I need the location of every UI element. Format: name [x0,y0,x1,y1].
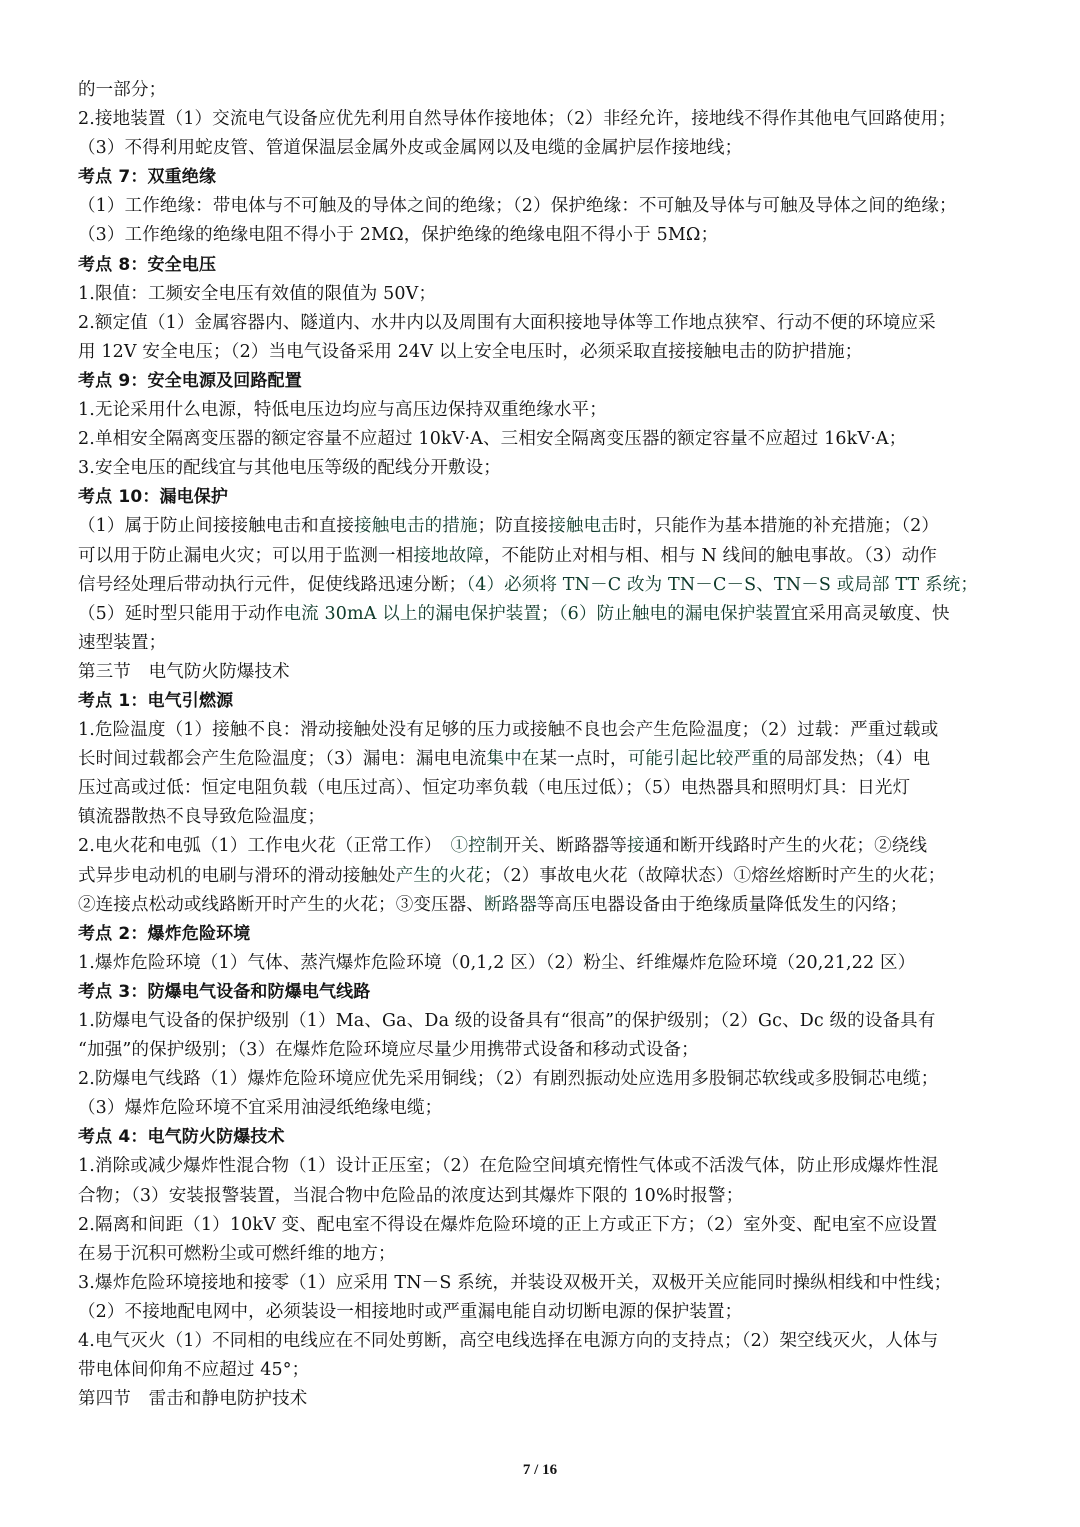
text-run: 产生的火花 [396,866,484,886]
text-line: 式异步电动机的电刷与滑环的滑动接触处产生的火花；（2）事故电火花（故障状态）①熔… [78,862,1008,891]
text-line: （1）属于防止间接接触电击和直接接触电击的措施；防直接接触电击时，只能作为基本措… [78,512,1008,541]
text-line: 3.安全电压的配线宜与其他电压等级的配线分开敷设； [78,454,1008,483]
text-run: 可以用于防止漏电火灾；可以用于监测一相 [78,546,413,566]
text-run: 考点 4：电气防火防爆技术 [78,1127,285,1147]
text-run: （1）工作绝缘：带电体与不可触及的导体之间的绝缘；（2）保护绝缘：不可触及导体与… [78,196,957,216]
text-run: （2）不接地配电网中，必须装设一相接地时或严重漏电能自动切断电源的保护装置； [78,1302,742,1322]
text-line: （3）爆炸危险环境不宜采用油浸纸绝缘电缆； [78,1094,1008,1123]
section-heading: 考点 7：双重绝缘 [78,163,1008,192]
text-line: 1.无论采用什么电源，特低电压边均应与高压边保持双重绝缘水平； [78,396,1008,425]
text-line: 2.额定值（1）金属容器内、隧道内、水井内以及周围有大面积接地导体等工作地点狭窄… [78,309,1008,338]
text-run: （3）不得利用蛇皮管、管道保温层金属外皮或金属网以及电缆的金属护层作接地线； [78,138,742,158]
text-run: 压过高或过低：恒定电阻负载（电压过高）、恒定功率负载（电压过低）；（5）电热器具… [78,778,910,798]
text-run: 镇流器散热不良导致危险温度； [78,807,325,827]
text-line: 4.电气灭火（1）不同相的电线应在不同处剪断，高空电线选择在电源方向的支持点；（… [78,1327,1008,1356]
text-run: 1.无论采用什么电源，特低电压边均应与高压边保持双重绝缘水平； [78,400,607,420]
section-heading: 考点 2：爆炸危险环境 [78,920,1008,949]
text-run: ，不能防止对相与相、相与 N 线间的触电事故。（3）动作 [484,546,937,566]
text-run: 接地故障 [413,546,484,566]
text-line: 1.防爆电气设备的保护级别（1）Ma、Ga、Da 级的设备具有“很高”的保护级别… [78,1007,1008,1036]
text-run: （3）工作绝缘的绝缘电阻不得小于 2MΩ，保护绝缘的绝缘电阻不得小于 5MΩ； [78,225,718,245]
text-line: 1.限值：工频安全电压有效值的限值为 50V； [78,280,1008,309]
text-run: 1.防爆电气设备的保护级别（1）Ma、Ga、Da 级的设备具有“很高”的保护级别… [78,1011,935,1031]
text-run: （3）爆炸危险环境不宜采用油浸纸绝缘电缆； [78,1098,442,1118]
text-run: 长时间过载都会产生危险温度；（3）漏电：漏电电流 [78,749,486,769]
text-run: 1.限值：工频安全电压有效值的限值为 50V； [78,284,436,304]
text-run: （1）属于防止间接接触电击和直接 [78,516,354,536]
text-line: 用 12V 安全电压；（2）当电气设备采用 24V 以上安全电压时，必须采取直接… [78,338,1008,367]
text-line: 3.爆炸危险环境接地和接零（1）应采用 TN－S 系统，并装设双极开关，双极开关… [78,1269,1008,1298]
text-run: ；（2）事故电火花（故障状态）①熔丝熔断时产生的火花； [484,866,945,886]
text-line: 2.电火花和电弧（1）工作电火花（正常工作） ①控制开关、断路器等接通和断开线路… [78,832,1008,861]
text-run: 等高压电器设备由于绝缘质量降低发生的闪络； [537,895,908,915]
section-heading: 考点 3：防爆电气设备和防爆电气线路 [78,978,1008,1007]
text-line: 1.爆炸危险环境（1）气体、蒸汽爆炸危险环境（0,1,2 区）（2）粉尘、纤维爆… [78,949,1008,978]
text-run: 带电体间仰角不应超过 45°； [78,1360,309,1380]
text-run: 时，只能作为基本措施的补充措施；（2） [619,516,939,536]
text-line: （3）不得利用蛇皮管、管道保温层金属外皮或金属网以及电缆的金属护层作接地线； [78,134,1008,163]
text-run: 在易于沉积可燃粉尘或可燃纤维的地方； [78,1244,396,1264]
text-run: 第三节 电气防火防爆技术 [78,662,290,682]
text-run: 3.安全电压的配线宜与其他电压等级的配线分开敷设； [78,458,501,478]
text-line: 第三节 电气防火防爆技术 [78,658,1008,687]
text-run: 用 12V 安全电压；（2）当电气设备采用 24V 以上安全电压时，必须采取直接… [78,342,862,362]
text-line: 2.单相安全隔离变压器的额定容量不应超过 10kV·A、三相安全隔离变压器的额定… [78,425,1008,454]
text-run: （4）必须将 TN－C 改为 TN－C－S、TN－S 或局部 TT 系统； [466,575,978,595]
text-line: ②连接点松动或线路断开时产生的火花；③变压器、断路器等高压电器设备由于绝缘质量降… [78,891,1008,920]
text-run: 接触电击的措施 [354,516,478,536]
text-run: 2.额定值（1）金属容器内、隧道内、水井内以及周围有大面积接地导体等工作地点狭窄… [78,313,936,333]
text-line: 2.隔离和间距（1）10kV 变、配电室不得设在爆炸危险环境的正上方或正下方；（… [78,1211,1008,1240]
text-run: 接 [627,836,645,856]
text-run: 速型装置； [78,633,166,653]
text-run: 2.防爆电气线路（1）爆炸危险环境应优先采用铜线；（2）有剧烈振动处应选用多股铜… [78,1069,938,1089]
section-heading: 考点 10：漏电保护 [78,483,1008,512]
text-line: 第四节 雷击和静电防护技术 [78,1385,1008,1414]
text-run: 接触电击 [548,516,619,536]
text-line: （2）不接地配电网中，必须装设一相接地时或严重漏电能自动切断电源的保护装置； [78,1298,1008,1327]
text-run: 1.爆炸危险环境（1）气体、蒸汽爆炸危险环境（0,1,2 区）（2）粉尘、纤维爆… [78,953,915,973]
text-run: ①控制 [451,836,504,856]
text-line: 长时间过载都会产生危险温度；（3）漏电：漏电电流集中在某一点时，可能引起比较严重… [78,745,1008,774]
text-run: 考点 1：电气引燃源 [78,691,233,711]
text-run: 的一部分； [78,80,166,100]
section-heading: 考点 1：电气引燃源 [78,687,1008,716]
text-run: ②连接点松动或线路断开时产生的火花；③变压器、 [78,895,484,915]
text-run: （5）延时型只能用于动作 [78,604,283,624]
text-run: 考点 7：双重绝缘 [78,167,216,187]
text-line: 1.消除或减少爆炸性混合物（1）设计正压室；（2）在危险空间填充惰性气体或不活泼… [78,1152,1008,1181]
text-line: 2.防爆电气线路（1）爆炸危险环境应优先采用铜线；（2）有剧烈振动处应选用多股铜… [78,1065,1008,1094]
text-run: 第四节 雷击和静电防护技术 [78,1389,307,1409]
text-run: 1.消除或减少爆炸性混合物（1）设计正压室；（2）在危险空间填充惰性气体或不活泼… [78,1156,938,1176]
text-line: 1.危险温度（1）接触不良：滑动接触处没有足够的压力或接触不良也会产生危险温度；… [78,716,1008,745]
section-heading: 考点 9：安全电源及回路配置 [78,367,1008,396]
text-line: （3）工作绝缘的绝缘电阻不得小于 2MΩ，保护绝缘的绝缘电阻不得小于 5MΩ； [78,221,1008,250]
text-line: 镇流器散热不良导致危险温度； [78,803,1008,832]
page-number: 7 / 16 [0,1462,1080,1479]
text-line: 合物；（3）安装报警装置，当混合物中危险品的浓度达到其爆炸下限的 10%时报警； [78,1182,1008,1211]
text-run: 开关、断路器等 [503,836,627,856]
text-run: 2.接地装置（1）交流电气设备应优先利用自然导体作接地体；（2）非经允许，接地线… [78,109,956,129]
text-run: 信号经处理后带动执行元件，促使线路迅速分断； [78,575,466,595]
document-body: 的一部分；2.接地装置（1）交流电气设备应优先利用自然导体作接地体；（2）非经允… [78,76,1008,1414]
text-run: 考点 3：防爆电气设备和防爆电气线路 [78,982,370,1002]
text-run: 4.电气灭火（1）不同相的电线应在不同处剪断，高空电线选择在电源方向的支持点；（… [78,1331,938,1351]
text-run: 2.隔离和间距（1）10kV 变、配电室不得设在爆炸危险环境的正上方或正下方；（… [78,1215,937,1235]
section-heading: 考点 8：安全电压 [78,251,1008,280]
text-line: 2.接地装置（1）交流电气设备应优先利用自然导体作接地体；（2）非经允许，接地线… [78,105,1008,134]
text-run: 宜采用高灵敏度、快 [791,604,950,624]
text-run: 2.单相安全隔离变压器的额定容量不应超过 10kV·A、三相安全隔离变压器的额定… [78,429,906,449]
text-run: 某一点时， [539,749,627,769]
text-run: 集中在 [486,749,539,769]
text-line: 的一部分； [78,76,1008,105]
text-line: 速型装置； [78,629,1008,658]
text-run: 考点 2：爆炸危险环境 [78,924,250,944]
text-line: 信号经处理后带动执行元件，促使线路迅速分断；（4）必须将 TN－C 改为 TN－… [78,571,1008,600]
text-line: （5）延时型只能用于动作电流 30mA 以上的漏电保护装置；（6）防止触电的漏电… [78,600,1008,629]
text-run: 可能引起比较严重 [628,749,769,769]
text-run: 合物；（3）安装报警装置，当混合物中危险品的浓度达到其爆炸下限的 10%时报警； [78,1186,743,1206]
text-line: 可以用于防止漏电火灾；可以用于监测一相接地故障，不能防止对相与相、相与 N 线间… [78,542,1008,571]
text-run: ；防直接 [478,516,549,536]
text-run: 1.危险温度（1）接触不良：滑动接触处没有足够的压力或接触不良也会产生危险温度；… [78,720,938,740]
text-run: 3.爆炸危险环境接地和接零（1）应采用 TN－S 系统，并装设双极开关，双极开关… [78,1273,951,1293]
text-line: （1）工作绝缘：带电体与不可触及的导体之间的绝缘；（2）保护绝缘：不可触及导体与… [78,192,1008,221]
text-run: “加强”的保护级别；（3）在爆炸危险环境应尽量少用携带式设备和移动式设备； [78,1040,699,1060]
text-line: 压过高或过低：恒定电阻负载（电压过高）、恒定功率负载（电压过低）；（5）电热器具… [78,774,1008,803]
text-run: 式异步电动机的电刷与滑环的滑动接触处 [78,866,396,886]
text-run: 2.电火花和电弧（1）工作电火花（正常工作） [78,836,451,856]
text-run: 考点 8：安全电压 [78,255,216,275]
text-run: 通和断开线路时产生的火花；②绕线 [645,836,927,856]
text-line: 在易于沉积可燃粉尘或可燃纤维的地方； [78,1240,1008,1269]
text-run: 考点 9：安全电源及回路配置 [78,371,302,391]
text-run: 电流 30mA 以上的漏电保护装置；（6）防止触电的漏电保护装置 [283,604,790,624]
text-line: “加强”的保护级别；（3）在爆炸危险环境应尽量少用携带式设备和移动式设备； [78,1036,1008,1065]
text-run: 考点 10：漏电保护 [78,487,228,507]
section-heading: 考点 4：电气防火防爆技术 [78,1123,1008,1152]
text-run: 断路器 [484,895,537,915]
text-run: 的局部发热；（4）电 [769,749,930,769]
text-line: 带电体间仰角不应超过 45°； [78,1356,1008,1385]
